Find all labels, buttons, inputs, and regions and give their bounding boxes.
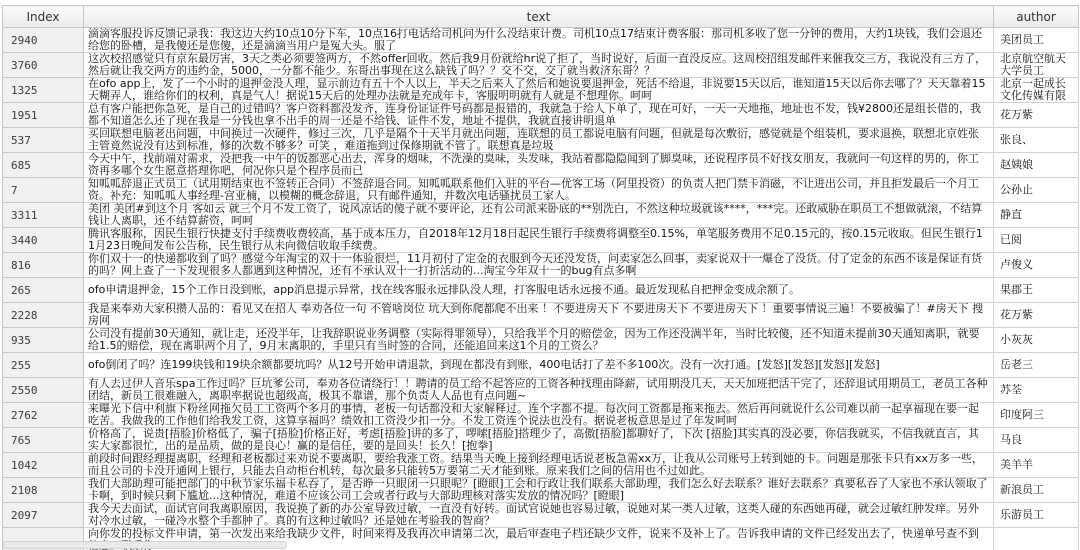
row-text-cell[interactable]: 我是来奉劝大家积攒人品的：看见又在招人 奉劝各位一句 不管啥岗位 坑大到你爬都爬… xyxy=(84,303,994,328)
row-author-cell[interactable]: 美团员工 xyxy=(994,28,1079,53)
row-author-value: 花万紫 xyxy=(994,309,1078,321)
row-author-value: 北京航空航天大学员工 xyxy=(994,53,1078,77)
row-index-cell[interactable]: 2108 xyxy=(3,478,84,503)
table-row[interactable]: 255 ofo倒闭了吗？连199块钱和19块余额都要坑吗？从12号开始申请退款，… xyxy=(3,353,1079,378)
row-index-value: 1042 xyxy=(3,459,83,472)
row-text-cell[interactable]: 总有客户能把你急死，是自己的过错吗？客户资料都没发齐，连身份证证件号码都是报错的… xyxy=(84,103,994,128)
row-author-value: 公孙止 xyxy=(994,184,1078,196)
row-text-cell[interactable]: 今天中午，找前端对需求，没把我一中午的饭都恶心出去，浑身的烟味，不洗澡的臭味，头… xyxy=(84,153,994,178)
horizontal-scrollbar-thumb[interactable] xyxy=(3,541,287,549)
row-index-cell[interactable]: 685 xyxy=(3,153,84,178)
row-index-value: 7 xyxy=(3,184,83,197)
table-row[interactable]: 1042 前段时间跟经理提离职，经理和老板都过来劝说不要离职，要给我涨工资。结果… xyxy=(3,453,1079,478)
table-row[interactable]: 2550 有人去过伊人音乐spa工作过吗？巨坑爹公司，奉劝各位请绕行！！聘请的员… xyxy=(3,378,1079,403)
row-text-cell[interactable]: 这次校招感觉只有京东最厉害，3天之类必须要签两方，不然offer回收。然后我9月… xyxy=(84,53,994,78)
row-author-cell[interactable]: 果郡王 xyxy=(994,278,1079,303)
row-index-cell[interactable]: 2097 xyxy=(3,503,84,528)
dataframe-grid: Index text author 2940 滴滴客服投诉反馈记录我：我这边大约… xyxy=(2,5,1079,550)
row-index-value: 3440 xyxy=(3,234,83,247)
table-row[interactable]: 265 ofo申请退押金，15个工作日没到账，app消息提示异常，找在线客服永远… xyxy=(3,278,1079,303)
row-text-value: 知呱呱辞退正式员工（试用期结束也不签转正合同）不签辞退合同。知呱呱联系他们入驻的… xyxy=(84,178,993,202)
row-text-cell[interactable]: 我今天去面试，面试官问我离职原因，我说换了新的办公室导致过敏，一直没有好转。面试… xyxy=(84,503,994,528)
row-author-cell[interactable]: 公孙止 xyxy=(994,178,1079,203)
row-author-cell[interactable]: 花万紫 xyxy=(994,303,1079,328)
column-header-text[interactable]: text xyxy=(84,6,994,28)
row-index-value: 816 xyxy=(3,259,83,272)
row-text-value: 美团 美团#到这个月 客如云 就三个月不发工资了，说风凉话的傻子就不要评论，还有… xyxy=(84,203,993,227)
row-author-value: 北京一起成长文化传媒有限公司... xyxy=(994,78,1078,102)
row-text-value: 公司没有提前30天通知，就让走，还没半年，让我辞职说业务调整（实际得罪领导），只… xyxy=(84,328,993,352)
row-text-value: 价格高了，说贵[捂脸]价格低了，骗子[捂脸]价格正好，考虑[捂脸]讲的多了，啰嗦… xyxy=(84,428,993,452)
row-text-cell[interactable]: 有人去过伊人音乐spa工作过吗？巨坑爹公司，奉劝各位请绕行！！聘请的员工给不起答… xyxy=(84,378,994,403)
row-index-value: 537 xyxy=(3,134,83,147)
row-index-cell[interactable]: 1325 xyxy=(3,78,84,103)
row-author-value: 静直 xyxy=(994,209,1078,221)
row-author-cell[interactable]: 北京一起成长文化传媒有限公司... xyxy=(994,78,1079,103)
row-text-value: 腾讯客服称，因民生银行快捷支付手续费收费较高，基于成本压力，自2018年12月1… xyxy=(84,228,993,252)
row-author-cell[interactable]: 静直 xyxy=(994,203,1079,228)
row-text-cell[interactable]: 前段时间跟经理提离职，经理和老板都过来劝说不要离职，要给我涨工资。结果当天晚上接… xyxy=(84,453,994,478)
row-author-value: 新浪员工 xyxy=(994,484,1078,496)
data-table-viewer: Index text author 2940 滴滴客服投诉反馈记录我：我这边大约… xyxy=(0,0,1080,550)
row-author-cell[interactable]: 马良 xyxy=(994,428,1079,453)
row-text-cell[interactable]: 你们双十一的快递都收到了吗？感觉今年淘宝的双十一体验很烂，11月初付了定金的衣服… xyxy=(84,253,994,278)
row-index-value: 685 xyxy=(3,159,83,172)
row-index-value: 2762 xyxy=(3,409,83,422)
row-index-cell[interactable]: 765 xyxy=(3,428,84,453)
row-index-value: 1325 xyxy=(3,84,83,97)
row-index-value: 265 xyxy=(3,284,83,297)
row-text-value: 滴滴客服投诉反馈记录我：我这边大约10点10分下车，10点16打电话给司机问为什… xyxy=(84,28,993,52)
row-index-value: 935 xyxy=(3,334,83,347)
row-text-cell[interactable]: ofo申请退押金，15个工作日没到账，app消息提示异常，找在线客服永远排队没人… xyxy=(84,278,994,303)
row-author-value: 美羊羊 xyxy=(994,459,1078,471)
row-author-value: 印度阿三 xyxy=(994,409,1078,421)
table-row[interactable]: 7 知呱呱辞退正式员工（试用期结束也不签转正合同）不签辞退合同。知呱呱联系他们入… xyxy=(3,178,1079,203)
row-author-cell[interactable]: 岳老三 xyxy=(994,353,1079,378)
row-index-value: 3311 xyxy=(3,209,83,222)
row-text-value: 我们大部助理可能把部门的中秋节家乐福卡私吞了，是否睁一只眼闭一只眼呢？[瞪眼]工… xyxy=(84,478,993,502)
table-body: 2940 滴滴客服投诉反馈记录我：我这边大约10点10分下车，10点16打电话给… xyxy=(3,28,1079,550)
row-author-cell[interactable] xyxy=(994,528,1079,550)
row-author-cell[interactable]: 已阅 xyxy=(994,228,1079,253)
row-index-cell[interactable]: 7 xyxy=(3,178,84,203)
table-row[interactable]: 2228 我是来奉劝大家积攒人品的：看见又在招人 奉劝各位一句 不管啥岗位 坑大… xyxy=(3,303,1079,328)
row-index-cell[interactable]: 1042 xyxy=(3,453,84,478)
table-row[interactable]: 2097 我今天去面试，面试官问我离职原因，我说换了新的办公室导致过敏，一直没有… xyxy=(3,503,1079,528)
row-author-cell[interactable]: 花万紫 xyxy=(994,103,1079,128)
row-text-value: 买回联想电脑老出问题，中间换过一次硬件，修过三次，几乎是隔个十天半月就出问题，连… xyxy=(84,128,993,152)
table-row[interactable]: 1325 在ofo app上，发了一个小时的退押金没人理，显示前边有五十个人以上… xyxy=(3,78,1079,103)
row-author-value: 岳老三 xyxy=(994,359,1078,371)
row-author-value: 卢俊义 xyxy=(994,259,1078,271)
table-row[interactable]: 3311 美团 美团#到这个月 客如云 就三个月不发工资了，说风凉话的傻子就不要… xyxy=(3,203,1079,228)
row-index-cell[interactable]: 3760 xyxy=(3,53,84,78)
row-text-value: 今天中午，找前端对需求，没把我一中午的饭都恶心出去，浑身的烟味，不洗澡的臭味，头… xyxy=(84,153,993,177)
row-index-cell[interactable]: 935 xyxy=(3,328,84,353)
row-text-cell[interactable]: ofo倒闭了吗？连199块钱和19块余额都要坑吗？从12号开始申请退款，到现在都… xyxy=(84,353,994,378)
row-text-cell[interactable]: 我们大部助理可能把部门的中秋节家乐福卡私吞了，是否睁一只眼闭一只眼呢？[瞪眼]工… xyxy=(84,478,994,503)
row-text-value: 前段时间跟经理提离职，经理和老板都过来劝说不要离职，要给我涨工资。结果当天晚上接… xyxy=(84,453,993,477)
row-text-cell[interactable]: 滴滴客服投诉反馈记录我：我这边大约10点10分下车，10点16打电话给司机问为什… xyxy=(84,28,994,53)
row-text-cell[interactable]: 知呱呱辞退正式员工（试用期结束也不签转正合同）不签辞退合同。知呱呱联系他们入驻的… xyxy=(84,178,994,203)
row-author-value: 美团员工 xyxy=(994,34,1078,46)
row-index-cell[interactable]: 2762 xyxy=(3,403,84,428)
row-index-value: 2550 xyxy=(3,384,83,397)
row-author-cell[interactable]: 新浪员工 xyxy=(994,478,1079,503)
table-row[interactable]: 685 今天中午，找前端对需求，没把我一中午的饭都恶心出去，浑身的烟味，不洗澡的… xyxy=(3,153,1079,178)
row-index-value: 2097 xyxy=(3,509,83,522)
row-text-value: ofo申请退押金，15个工作日没到账，app消息提示异常，找在线客服永远排队没人… xyxy=(84,284,993,296)
row-author-cell[interactable]: 北京航空航天大学员工 xyxy=(994,53,1079,78)
table-row[interactable]: 537 买回联想电脑老出问题，中间换过一次硬件，修过三次，几乎是隔个十天半月就出… xyxy=(3,128,1079,153)
row-index-cell[interactable]: 537 xyxy=(3,128,84,153)
table-row[interactable]: 765 价格高了，说贵[捂脸]价格低了，骗子[捂脸]价格正好，考虑[捂脸]讲的多… xyxy=(3,428,1079,453)
table-row[interactable]: 2762 来曝光下信中利旗下粉丝网拖欠员工工资两个多月的事情，老板一句话都没和大… xyxy=(3,403,1079,428)
row-author-cell[interactable]: 美羊羊 xyxy=(994,453,1079,478)
row-text-cell[interactable]: 来曝光下信中利旗下粉丝网拖欠员工工资两个多月的事情，老板一句话都没和大家解释过。… xyxy=(84,403,994,428)
row-author-cell[interactable]: 小灰灰 xyxy=(994,328,1079,353)
row-index-cell[interactable]: 2228 xyxy=(3,303,84,328)
row-index-value: 2108 xyxy=(3,484,83,497)
row-text-value: ofo倒闭了吗？连199块钱和19块余额都要坑吗？从12号开始申请退款，到现在都… xyxy=(84,359,993,371)
row-text-value: 总有客户能把你急死，是自己的过错吗？客户资料都没发齐，连身份证证件号码都是报错的… xyxy=(84,103,993,127)
table-row[interactable]: 3440 腾讯客服称，因民生银行快捷支付手续费收费较高，基于成本压力，自2018… xyxy=(3,228,1079,253)
row-index-cell[interactable]: 3440 xyxy=(3,228,84,253)
row-author-cell[interactable]: 张良、 xyxy=(994,128,1079,153)
header-row: Index text author xyxy=(3,6,1079,28)
row-index-value: 2940 xyxy=(3,34,83,47)
row-text-value: 在ofo app上，发了一个小时的退押金没人理，显示前边有五十个人以上，半天之后… xyxy=(84,78,993,102)
row-index-value: 1951 xyxy=(3,109,83,122)
row-text-cell[interactable]: 买回联想电脑老出问题，中间换过一次硬件，修过三次，几乎是隔个十天半月就出问题，连… xyxy=(84,128,994,153)
row-index-cell[interactable]: 1951 xyxy=(3,103,84,128)
row-author-cell[interactable]: 赵姨娘 xyxy=(994,153,1079,178)
row-text-value: 来曝光下信中利旗下粉丝网拖欠员工工资两个多月的事情，老板一句话都没和大家解释过。… xyxy=(84,403,993,427)
row-text-cell[interactable]: 价格高了，说贵[捂脸]价格低了，骗子[捂脸]价格正好，考虑[捂脸]讲的多了，啰嗦… xyxy=(84,428,994,453)
row-index-value: 2228 xyxy=(3,309,83,322)
row-text-value: 我今天去面试，面试官问我离职原因，我说换了新的办公室导致过敏，一直没有好转。面试… xyxy=(84,503,993,527)
row-index-cell[interactable]: 255 xyxy=(3,353,84,378)
table-row[interactable]: 3760 这次校招感觉只有京东最厉害，3天之类必须要签两方，不然offer回收。… xyxy=(3,53,1079,78)
table-row[interactable]: 2940 滴滴客服投诉反馈记录我：我这边大约10点10分下车，10点16打电话给… xyxy=(3,28,1079,53)
table-row[interactable]: 816 你们双十一的快递都收到了吗？感觉今年淘宝的双十一体验很烂，11月初付了定… xyxy=(3,253,1079,278)
column-header-index[interactable]: Index xyxy=(3,6,84,28)
row-index-value: 3760 xyxy=(3,59,83,72)
row-index-cell[interactable]: 3311 xyxy=(3,203,84,228)
row-author-cell[interactable]: 卢俊义 xyxy=(994,253,1079,278)
row-author-cell[interactable]: 印度阿三 xyxy=(994,403,1079,428)
row-index-cell[interactable]: 2940 xyxy=(3,28,84,53)
row-author-value: 马良 xyxy=(994,434,1078,446)
row-index-cell[interactable]: 265 xyxy=(3,278,84,303)
row-text-value: 这次校招感觉只有京东最厉害，3天之类必须要签两方，不然offer回收。然后我9月… xyxy=(84,53,993,77)
row-text-cell[interactable]: 腾讯客服称，因民生银行快捷支付手续费收费较高，基于成本压力，自2018年12月1… xyxy=(84,228,994,253)
column-header-author[interactable]: author xyxy=(994,6,1079,28)
row-author-value: 乐游员工 xyxy=(994,509,1078,521)
row-text-cell[interactable]: 美团 美团#到这个月 客如云 就三个月不发工资了，说风凉话的傻子就不要评论，还有… xyxy=(84,203,994,228)
row-author-value: 赵姨娘 xyxy=(994,159,1078,171)
row-author-value: 果郡王 xyxy=(994,284,1078,296)
row-author-value: 小灰灰 xyxy=(994,334,1078,346)
row-index-cell[interactable]: 2550 xyxy=(3,378,84,403)
row-author-value: 张良、 xyxy=(994,134,1078,146)
table-row[interactable]: 1951 总有客户能把你急死，是自己的过错吗？客户资料都没发齐，连身份证证件号码… xyxy=(3,103,1079,128)
row-index-value: 255 xyxy=(3,359,83,372)
row-author-value: 花万紫 xyxy=(994,109,1078,121)
row-text-value: 我是来奉劝大家积攒人品的：看见又在招人 奉劝各位一句 不管啥岗位 坑大到你爬都爬… xyxy=(84,303,993,327)
row-author-value: 已阅 xyxy=(994,234,1078,246)
row-text-cell[interactable]: 在ofo app上，发了一个小时的退押金没人理，显示前边有五十个人以上，半天之后… xyxy=(84,78,994,103)
row-text-value: 你们双十一的快递都收到了吗？感觉今年淘宝的双十一体验很烂，11月初付了定金的衣服… xyxy=(84,253,993,277)
row-author-cell[interactable]: 乐游员工 xyxy=(994,503,1079,528)
row-author-cell[interactable]: 苏荃 xyxy=(994,378,1079,403)
row-text-value: 有人去过伊人音乐spa工作过吗？巨坑爹公司，奉劝各位请绕行！！聘请的员工给不起答… xyxy=(84,378,993,402)
row-text-cell[interactable]: 公司没有提前30天通知，就让走，还没半年，让我辞职说业务调整（实际得罪领导），只… xyxy=(84,328,994,353)
row-author-value: 苏荃 xyxy=(994,384,1078,396)
row-index-cell[interactable]: 816 xyxy=(3,253,84,278)
table-row[interactable]: 935 公司没有提前30天通知，就让走，还没半年，让我辞职说业务调整（实际得罪领… xyxy=(3,328,1079,353)
table-row[interactable]: 2108 我们大部助理可能把部门的中秋节家乐福卡私吞了，是否睁一只眼闭一只眼呢？… xyxy=(3,478,1079,503)
row-index-value: 765 xyxy=(3,434,83,447)
